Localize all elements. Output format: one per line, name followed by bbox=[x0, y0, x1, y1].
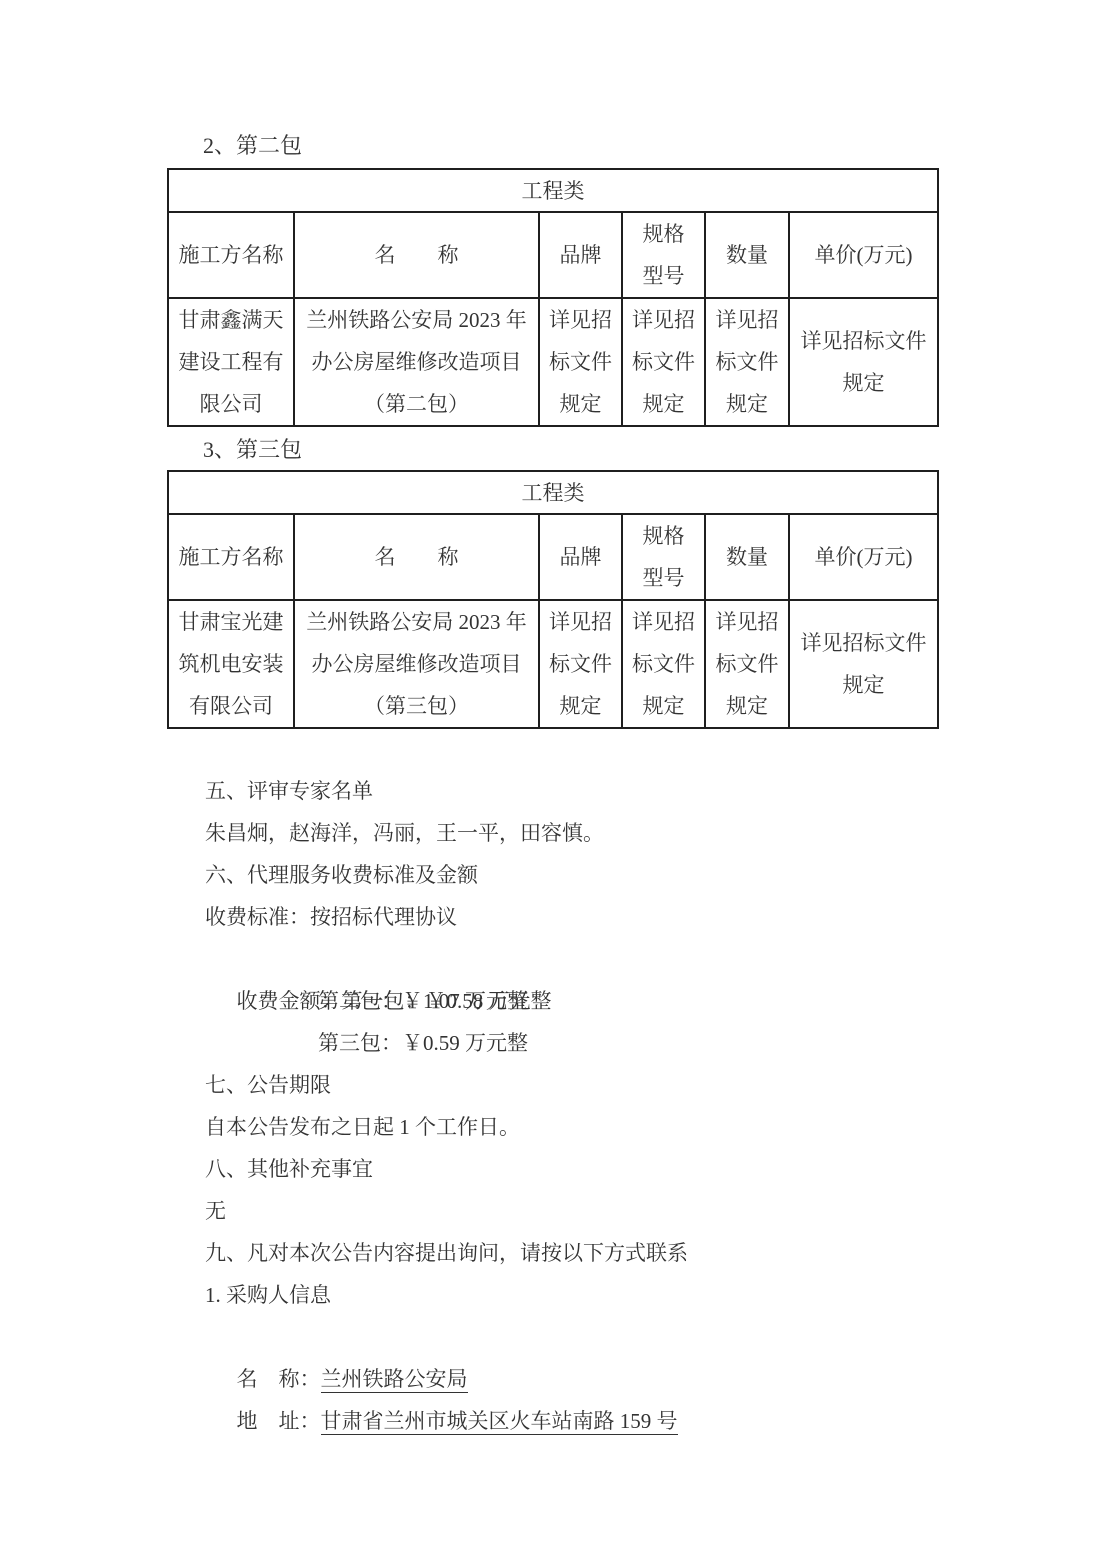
package2-col-spec: 规格 型号 bbox=[622, 212, 705, 298]
package3-cell-contractor: 甘肃宝光建 筑机电安装 有限公司 bbox=[168, 600, 294, 728]
package3-cell-spec: 详见招 标文件 规定 bbox=[622, 600, 705, 728]
package2-table: 工程类 施工方名称 名 称 品牌 规格 型号 数量 单价(万元) 甘肃鑫满天 建… bbox=[167, 168, 939, 427]
agency-fee-heading: 六、代理服务收费标准及金额 bbox=[205, 854, 1005, 896]
period-heading: 七、公告期限 bbox=[205, 1064, 1005, 1106]
package2-col-contractor: 施工方名称 bbox=[168, 212, 294, 298]
package3-col-brand: 品牌 bbox=[539, 514, 622, 600]
purchaser-address-label: 地 址： bbox=[237, 1409, 321, 1433]
package2-cell-spec: 详见招 标文件 规定 bbox=[622, 298, 705, 426]
fee-amount-line: 收费金额：第一包：￥0.58 万元整 bbox=[205, 938, 1005, 980]
experts-names: 朱昌炯，赵海洋，冯丽，王一平，田容慎。 bbox=[205, 812, 1005, 854]
package2-table-category: 工程类 bbox=[168, 169, 938, 212]
package2-col-name: 名 称 bbox=[294, 212, 539, 298]
package2-cell-brand: 详见招 标文件 规定 bbox=[539, 298, 622, 426]
purchaser-name-value: 兰州铁路公安局 bbox=[321, 1367, 468, 1393]
experts-heading: 五、评审专家名单 bbox=[205, 770, 1005, 812]
package3-col-unit-price: 单价(万元) bbox=[789, 514, 938, 600]
package2-col-unit-price: 单价(万元) bbox=[789, 212, 938, 298]
purchaser-name-label: 名 称： bbox=[237, 1367, 321, 1391]
package2-cell-contractor: 甘肃鑫满天 建设工程有 限公司 bbox=[168, 298, 294, 426]
package2-col-quantity: 数量 bbox=[705, 212, 789, 298]
package3-heading: 3、第三包 bbox=[203, 437, 302, 463]
package2-cell-unit-price: 详见招标文件 规定 bbox=[789, 298, 938, 426]
package3-col-name: 名 称 bbox=[294, 514, 539, 600]
fee-package3: 第三包：￥0.59 万元整 bbox=[205, 1022, 1005, 1064]
purchaser-heading: 1. 采购人信息 bbox=[205, 1274, 1005, 1316]
package2-heading: 2、第二包 bbox=[203, 133, 302, 159]
package3-col-quantity: 数量 bbox=[705, 514, 789, 600]
package3-col-contractor: 施工方名称 bbox=[168, 514, 294, 600]
fee-package2: 第二包：￥1.07 万元整 bbox=[205, 980, 1005, 1022]
package3-table-category: 工程类 bbox=[168, 471, 938, 514]
document-page: 2、第二包 工程类 施工方名称 名 称 品牌 规格 型号 数量 单价(万元) 甘… bbox=[0, 0, 1102, 1559]
package3-cell-name: 兰州铁路公安局 2023 年 办公房屋维修改造项目 （第三包） bbox=[294, 600, 539, 728]
other-text: 无 bbox=[205, 1190, 1005, 1232]
inquiry-heading: 九、凡对本次公告内容提出询问，请按以下方式联系 bbox=[205, 1232, 1005, 1274]
purchaser-name-line: 名 称：兰州铁路公安局 bbox=[205, 1316, 1005, 1358]
package3-table: 工程类 施工方名称 名 称 品牌 规格 型号 数量 单价(万元) 甘肃宝光建 筑… bbox=[167, 470, 939, 729]
package2-table-row: 甘肃鑫满天 建设工程有 限公司 兰州铁路公安局 2023 年 办公房屋维修改造项… bbox=[168, 298, 938, 426]
document-body-text: 五、评审专家名单 朱昌炯，赵海洋，冯丽，王一平，田容慎。 六、代理服务收费标准及… bbox=[205, 770, 1005, 1400]
package3-col-spec: 规格 型号 bbox=[622, 514, 705, 600]
package3-cell-unit-price: 详见招标文件 规定 bbox=[789, 600, 938, 728]
package3-cell-quantity: 详见招 标文件 规定 bbox=[705, 600, 789, 728]
other-heading: 八、其他补充事宜 bbox=[205, 1148, 1005, 1190]
package2-cell-name: 兰州铁路公安局 2023 年 办公房屋维修改造项目 （第二包） bbox=[294, 298, 539, 426]
purchaser-address-value: 甘肃省兰州市城关区火车站南路 159 号 bbox=[321, 1409, 678, 1435]
period-text: 自本公告发布之日起 1 个工作日。 bbox=[205, 1106, 1005, 1148]
package2-col-brand: 品牌 bbox=[539, 212, 622, 298]
package3-table-row: 甘肃宝光建 筑机电安装 有限公司 兰州铁路公安局 2023 年 办公房屋维修改造… bbox=[168, 600, 938, 728]
package2-cell-quantity: 详见招 标文件 规定 bbox=[705, 298, 789, 426]
fee-standard: 收费标准：按招标代理协议 bbox=[205, 896, 1005, 938]
package3-cell-brand: 详见招 标文件 规定 bbox=[539, 600, 622, 728]
